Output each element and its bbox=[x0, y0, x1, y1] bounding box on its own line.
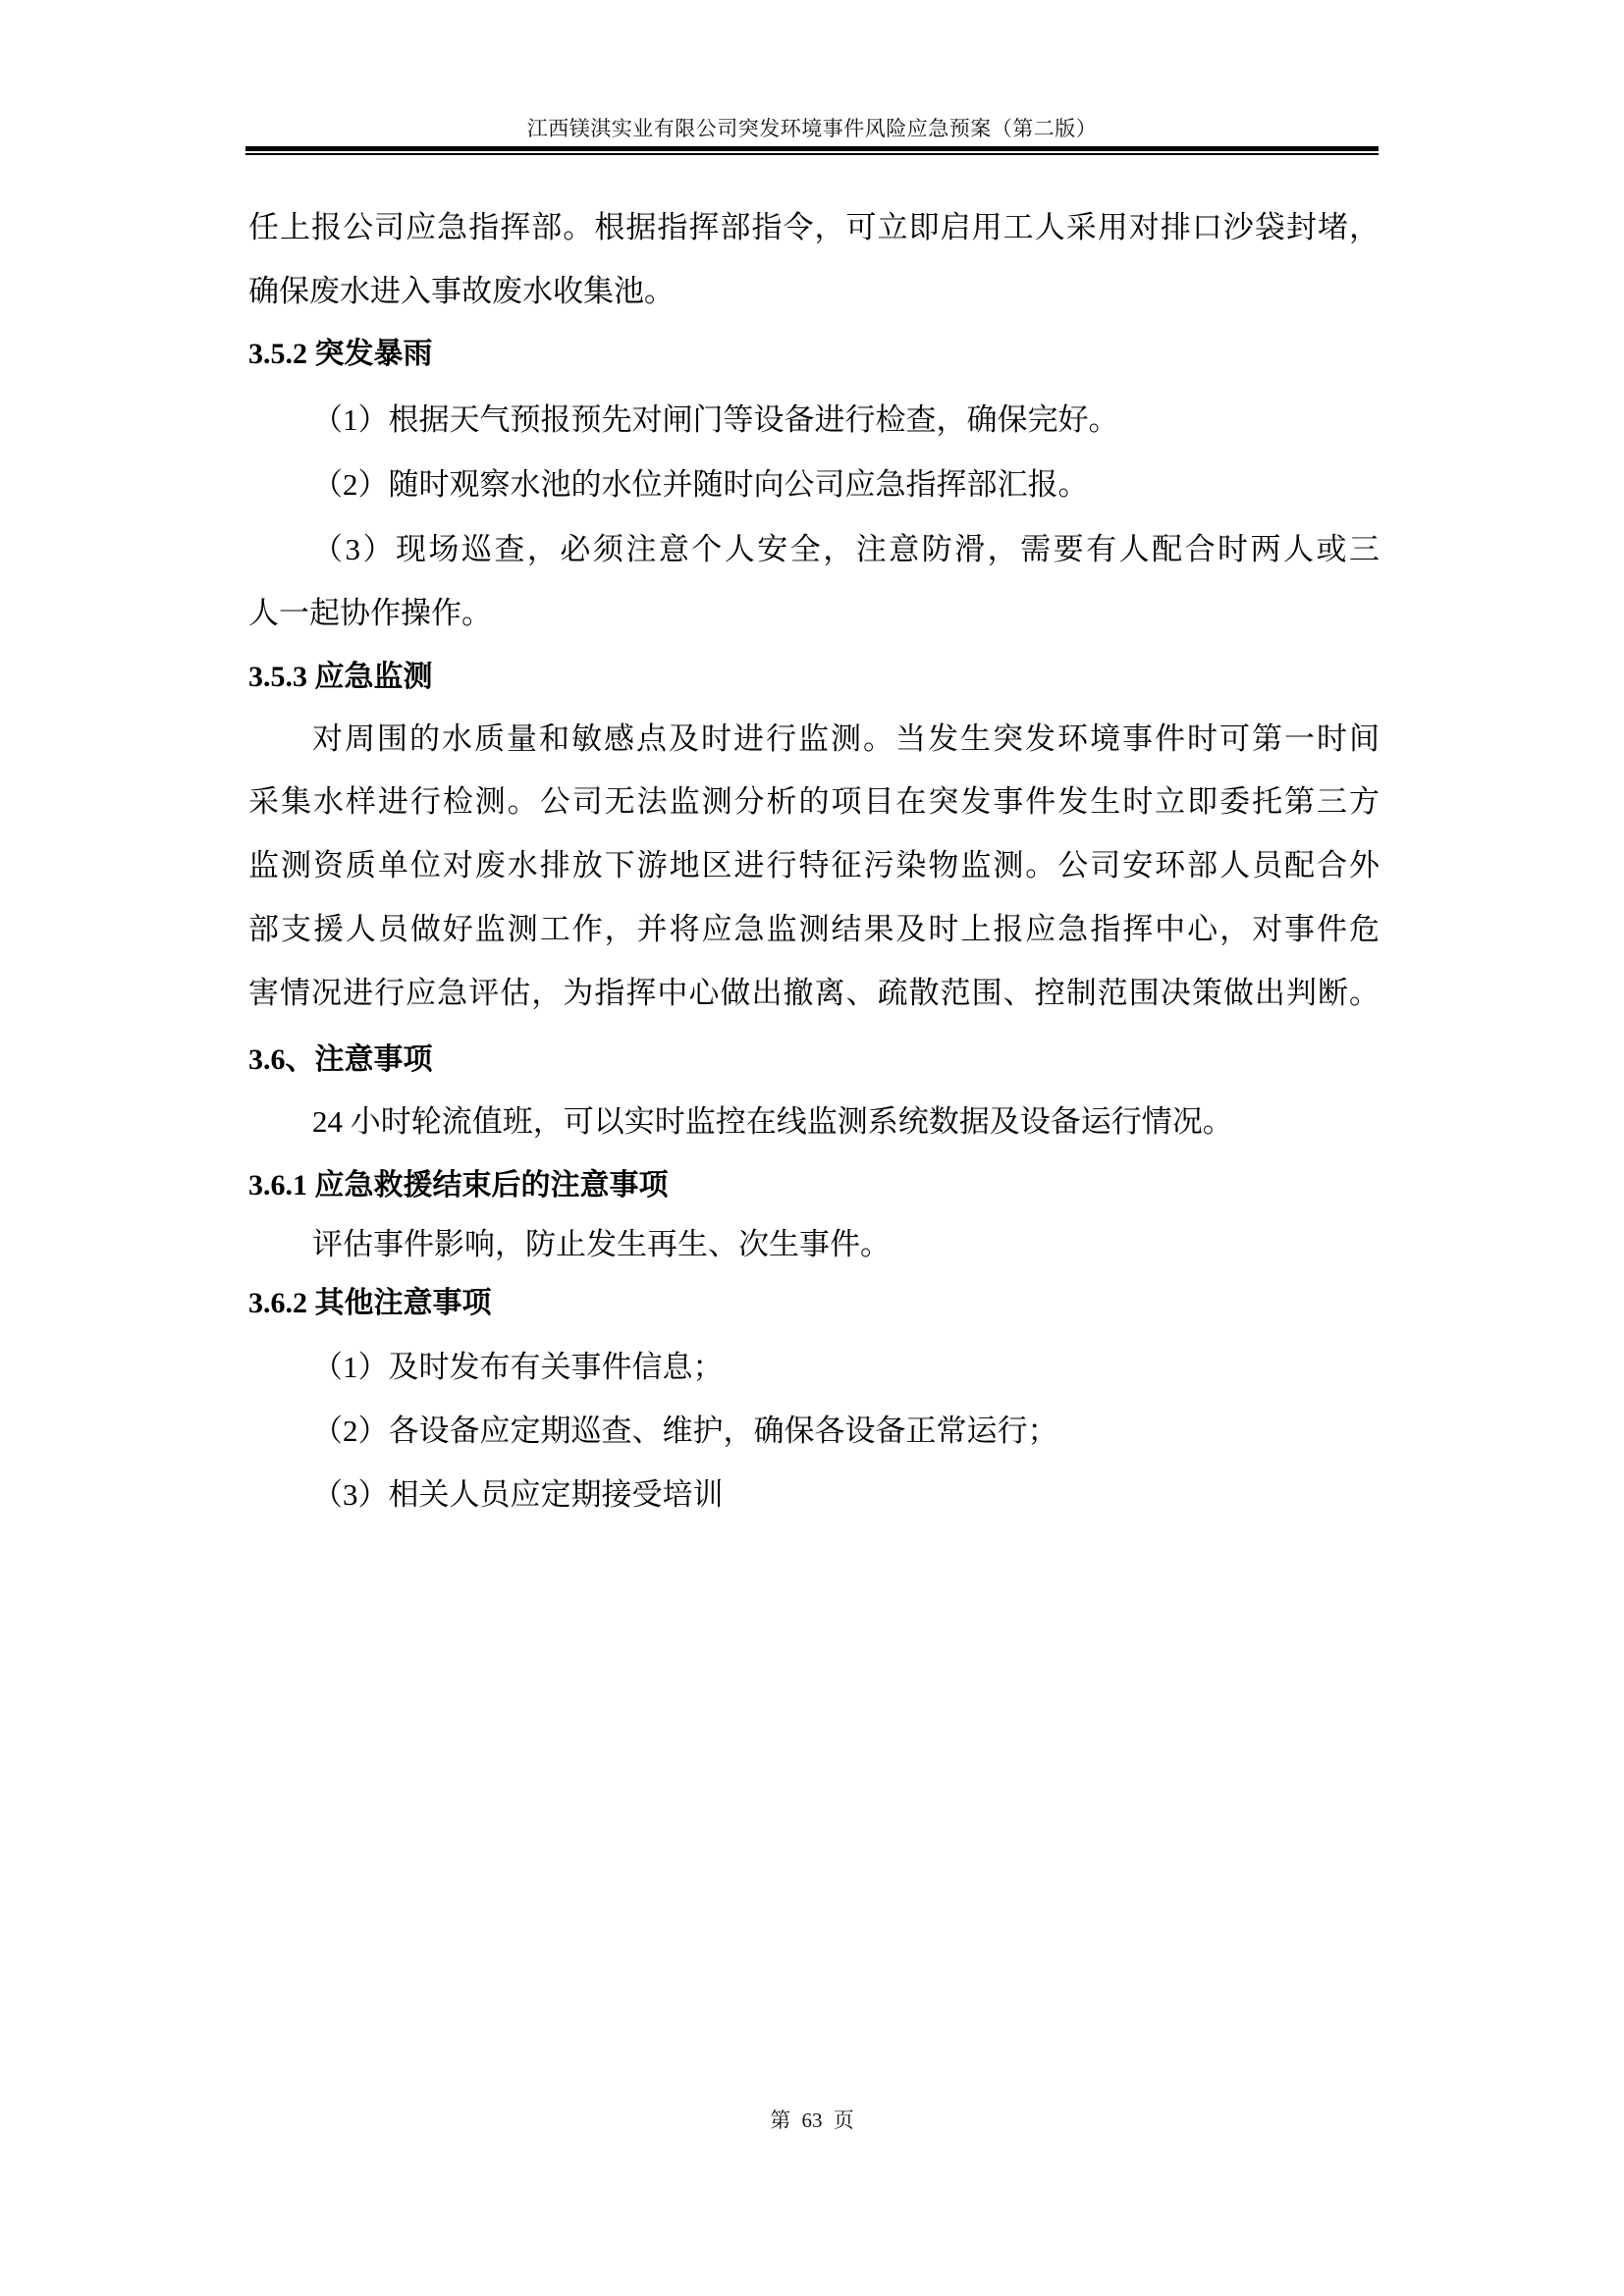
section-heading-3-5-2: 3.5.2 突发暴雨 bbox=[248, 335, 1380, 374]
list-item-continuation: 人一起协作操作。 bbox=[248, 594, 1380, 633]
list-item: （1）及时发布有关事件信息； bbox=[312, 1348, 1380, 1387]
paragraph-line: 任上报公司应急指挥部。根据指挥部指令，可立即启用工人采用对排口沙袋封堵， bbox=[248, 208, 1380, 247]
header-rule-thick bbox=[245, 146, 1379, 151]
page-number: 第 63 页 bbox=[0, 2107, 1624, 2134]
section-heading-3-6-2: 3.6.2 其他注意事项 bbox=[248, 1284, 1380, 1323]
section-heading-3-5-3: 3.5.3 应急监测 bbox=[248, 658, 1380, 697]
paragraph-line: 24 小时轮流值班，可以实时监控在线监测系统数据及设备运行情况。 bbox=[312, 1102, 1380, 1142]
paragraph-line: 监测资质单位对废水排放下游地区进行特征污染物监测。公司安环部人员配合外 bbox=[248, 846, 1380, 885]
list-item: （2）随时观察水池的水位并随时向公司应急指挥部汇报。 bbox=[312, 465, 1380, 505]
header-rule-thin bbox=[245, 153, 1379, 155]
list-item: （3）现场巡查，必须注意个人安全，注意防滑，需要有人配合时两人或三 bbox=[312, 530, 1380, 569]
paragraph-line: 评估事件影响，防止发生再生、次生事件。 bbox=[312, 1225, 1380, 1264]
list-item: （2）各设备应定期巡查、维护，确保各设备正常运行； bbox=[312, 1412, 1380, 1451]
paragraph-line: 部支援人员做好监测工作，并将应急监测结果及时上报应急指挥中心，对事件危 bbox=[248, 910, 1380, 949]
section-heading-3-6: 3.6、注意事项 bbox=[248, 1041, 1380, 1080]
paragraph-line: 对周围的水质量和敏感点及时进行监测。当发生突发环境事件时可第一时间 bbox=[312, 720, 1380, 759]
section-heading-3-6-1: 3.6.1 应急救援结束后的注意事项 bbox=[248, 1166, 1380, 1205]
paragraph-line: 害情况进行应急评估，为指挥中心做出撤离、疏散范围、控制范围决策做出判断。 bbox=[248, 974, 1380, 1013]
document-page: 江西镁淇实业有限公司突发环境事件风险应急预案（第二版） 任上报公司应急指挥部。根… bbox=[0, 0, 1624, 2296]
list-item: （3）相关人员应定期接受培训 bbox=[312, 1475, 1380, 1515]
list-item: （1）根据天气预报预先对闸门等设备进行检查，确保完好。 bbox=[312, 400, 1380, 440]
document-header-title: 江西镁淇实业有限公司突发环境事件风险应急预案（第二版） bbox=[245, 116, 1379, 141]
paragraph-line: 采集水样进行检测。公司无法监测分析的项目在突发事件发生时立即委托第三方 bbox=[248, 782, 1380, 822]
paragraph-line: 确保废水进入事故废水收集池。 bbox=[248, 272, 1380, 311]
